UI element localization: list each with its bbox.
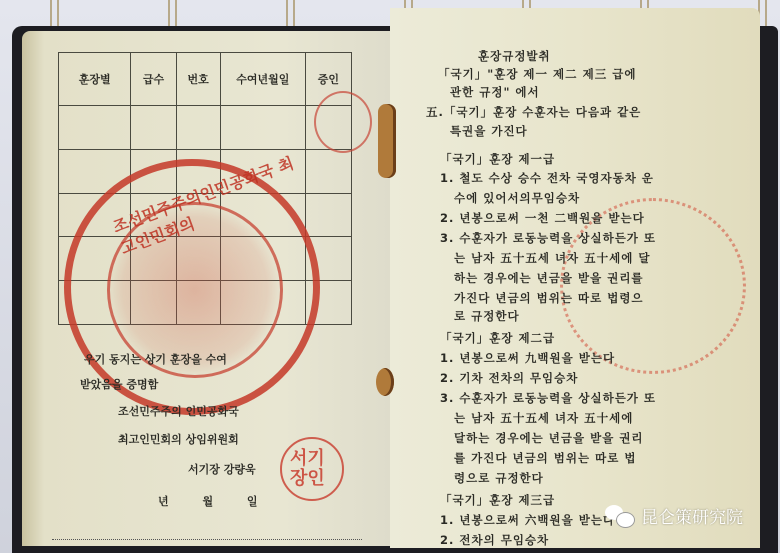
reg-line: 「국기」"훈장 제一 제二 제三 급에: [438, 66, 637, 82]
reg-line: 2. 전차의 무임승차: [440, 532, 549, 548]
header-number: 번호: [176, 53, 220, 106]
table-row: [59, 106, 352, 150]
header-class: 급수: [131, 53, 176, 106]
reg-line: 관한 규정" 에서: [450, 84, 540, 100]
signatory-line: 서기장 강량욱: [188, 461, 256, 477]
cert-line-2: 받았음을 증명함: [80, 376, 158, 392]
left-page: 훈장별 급수 번호 수여년월일 증인 조선민주주의인민공화국 최고인민회의 우기…: [22, 31, 392, 546]
reg-line: 하는 경우에는 년금을 받을 권리를: [454, 270, 644, 286]
small-witness-seal: [314, 91, 372, 153]
reg-line: 2. 년봉으로써 一천 二백원을 받는다: [440, 210, 645, 226]
section-heading-class-2: 「국기」훈장 제二급: [440, 330, 555, 346]
binding-staple-bottom: [376, 368, 394, 396]
section-heading-class-3: 「국기」훈장 제三급: [440, 492, 555, 508]
reg-line: 1. 년봉으로써 六백원을 받는다: [440, 512, 615, 528]
reg-line: 3. 수훈자가 로동능력을 상실하든가 또: [440, 230, 656, 246]
binding-staple-top: [378, 104, 396, 178]
wechat-icon: [605, 505, 635, 527]
reg-line: 령으로 규정한다: [454, 470, 544, 486]
reg-line: 2. 기차 전차의 무임승차: [440, 370, 578, 386]
reg-line: 특권을 가진다: [450, 123, 528, 139]
reg-line: 1. 년봉으로써 九백원을 받는다: [440, 350, 615, 366]
reg-line: 는 남자 五十五세 녀자 五十세에: [454, 410, 633, 426]
dotted-divider: [52, 539, 362, 540]
reg-line: 는 남자 五十五세 녀자 五十세에 달: [454, 250, 651, 266]
cert-line-4: 최고인민회의 상임위원회: [118, 431, 239, 447]
reg-line: 가진다 년금의 범위는 따로 법령으: [454, 290, 644, 306]
reg-line: 로 규정한다: [454, 308, 520, 324]
reg-line: 3. 수훈자가 로동능력을 상실하든가 또: [440, 390, 656, 406]
header-medal-type: 훈장별: [59, 53, 131, 106]
page-title: 훈장규정발취: [478, 48, 551, 64]
cert-line-3: 조선민주주의 인민공화국: [118, 403, 239, 419]
date-line: 년 월 일: [158, 493, 258, 509]
table-header-row: 훈장별 급수 번호 수여년월일 증인: [59, 53, 352, 106]
reg-line: 五.「국기」훈장 수훈자는 다음과 같은: [426, 104, 641, 120]
section-heading-class-1: 「국기」훈장 제一급: [440, 151, 555, 167]
header-award-date: 수여년월일: [220, 53, 305, 106]
watermark-text: 昆仑策研究院: [641, 503, 743, 528]
reg-line: 달하는 경우에는 년금을 받을 권리: [454, 430, 644, 446]
cert-line-1: 우기 동지는 상기 훈장을 수여: [84, 351, 227, 367]
watermark: 昆仑策研究院: [605, 503, 743, 528]
reg-line: 수에 있어서의무임승차: [454, 190, 580, 206]
secretary-seal: 서기장인: [280, 437, 344, 501]
right-page: 훈장규정발취 「국기」"훈장 제一 제二 제三 급에 관한 규정" 에서 五.「…: [390, 8, 760, 548]
reg-line: 1. 철도 수상 승수 전차 국영자동차 운: [440, 170, 654, 186]
reg-line: 를 가진다 년금의 범위는 따로 법: [454, 450, 636, 466]
